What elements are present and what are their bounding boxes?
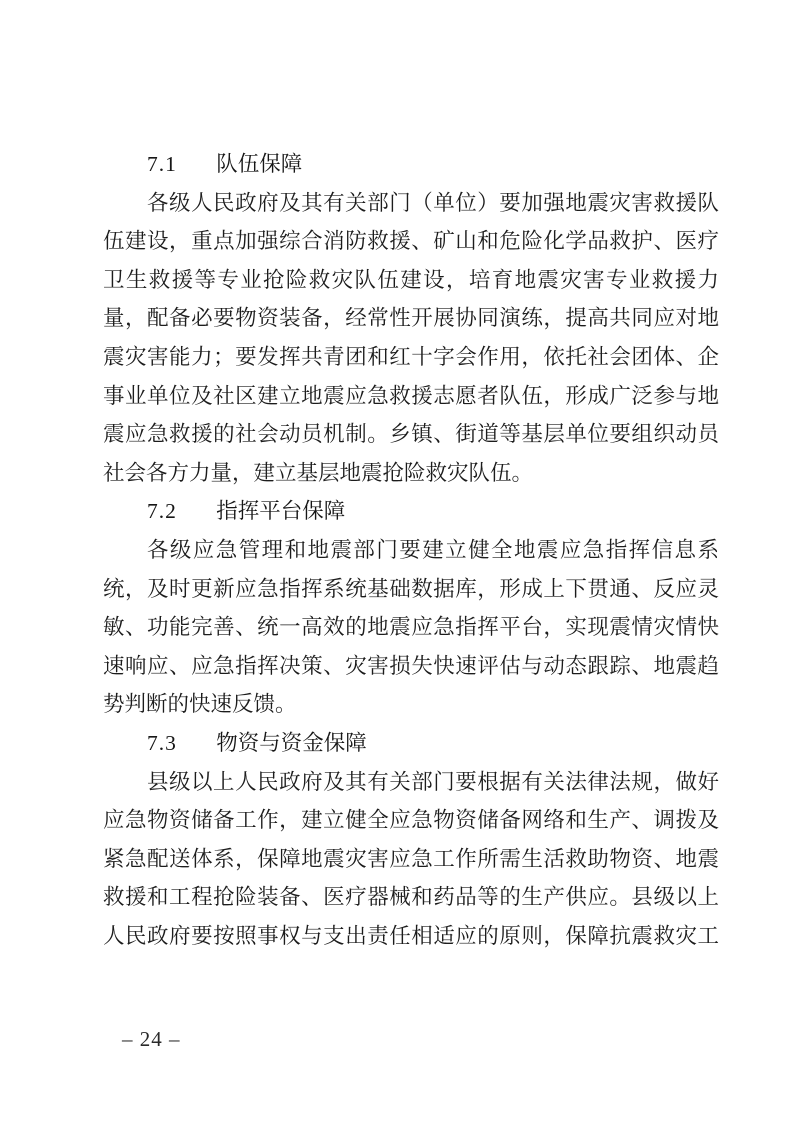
body-line: 事业单位及社区建立地震应急救援志愿者队伍，形成广泛参与地 <box>103 377 719 416</box>
body-line: 紧急配送体系，保障地震灾害应急工作所需生活救助物资、地震 <box>103 840 719 879</box>
body-line: 统，及时更新应急指挥系统基础数据库，形成上下贯通、反应灵 <box>103 570 719 609</box>
section-title: 物资与资金保障 <box>216 731 367 755</box>
body-line: 卫生救援等专业抢险救灾队伍建设，培育地震灾害专业救援力 <box>103 261 719 300</box>
section-heading-7-1: 7.1 队伍保障 <box>103 145 719 184</box>
body-line: 应急物资储备工作，建立健全应急物资储备网络和生产、调拨及 <box>103 801 719 840</box>
body-line: 社会各方力量，建立基层地震抢险救灾队伍。 <box>103 454 719 493</box>
page-footer: – 24 – <box>122 1027 181 1051</box>
section-title: 指挥平台保障 <box>216 499 345 523</box>
section-heading-7-3: 7.3 物资与资金保障 <box>103 724 719 763</box>
body-line: 救援和工程抢险装备、医疗器械和药品等的生产供应。县级以上 <box>103 878 719 917</box>
document-content: 7.1 队伍保障 各级人民政府及其有关部门（单位）要加强地震灾害救援队 伍建设，… <box>103 145 719 955</box>
page-number: – 24 – <box>122 1027 181 1051</box>
body-line: 伍建设，重点加强综合消防救援、矿山和危险化学品救护、医疗 <box>103 222 719 261</box>
body-line: 速响应、应急指挥决策、灾害损失快速评估与动态跟踪、地震趋 <box>103 647 719 686</box>
body-line: 人民政府要按照事权与支出责任相适应的原则，保障抗震救灾工 <box>103 917 719 956</box>
body-line: 各级应急管理和地震部门要建立健全地震应急指挥信息系 <box>103 531 719 570</box>
body-line: 震应急救援的社会动员机制。乡镇、街道等基层单位要组织动员 <box>103 415 719 454</box>
body-line: 敏、功能完善、统一高效的地震应急指挥平台，实现震情灾情快 <box>103 608 719 647</box>
body-line: 县级以上人民政府及其有关部门要根据有关法律法规，做好 <box>103 763 719 802</box>
section-heading-7-2: 7.2 指挥平台保障 <box>103 492 719 531</box>
section-title: 队伍保障 <box>216 152 302 176</box>
section-number: 7.2 <box>147 492 177 531</box>
body-line: 各级人民政府及其有关部门（单位）要加强地震灾害救援队 <box>103 184 719 223</box>
body-line: 震灾害能力；要发挥共青团和红十字会作用，依托社会团体、企 <box>103 338 719 377</box>
document-page: 7.1 队伍保障 各级人民政府及其有关部门（单位）要加强地震灾害救援队 伍建设，… <box>0 0 794 1122</box>
section-number: 7.1 <box>147 145 177 184</box>
body-line: 势判断的快速反馈。 <box>103 685 719 724</box>
body-line: 量，配备必要物资装备，经常性开展协同演练，提高共同应对地 <box>103 299 719 338</box>
section-number: 7.3 <box>147 724 177 763</box>
